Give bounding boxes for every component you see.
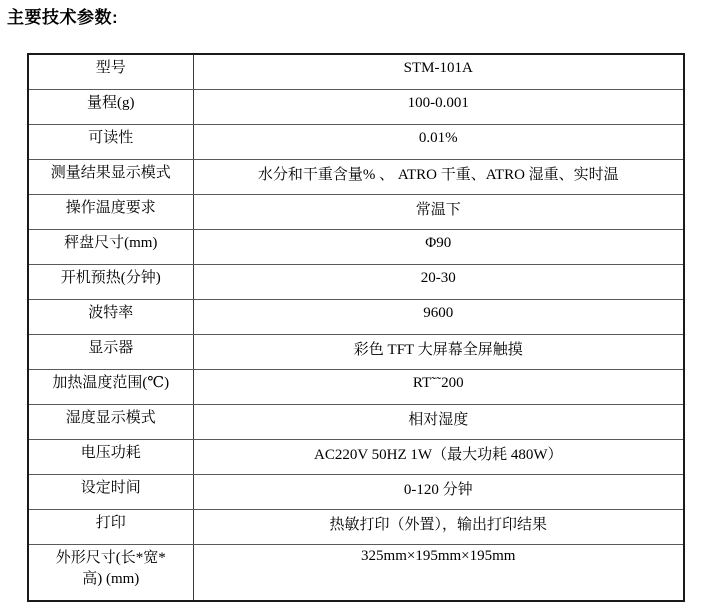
specs-table: 型号STM-101A量程(g)100-0.001可读性0.01%测量结果显示模式…	[27, 53, 685, 602]
spec-label: 湿度显示模式	[28, 404, 193, 439]
spec-label: 外形尺寸(长*宽* 高) (mm)	[28, 544, 193, 601]
spec-label: 量程(g)	[28, 89, 193, 124]
spec-label: 加热温度范围(℃)	[28, 369, 193, 404]
spec-label: 电压功耗	[28, 439, 193, 474]
spec-value: Φ90	[193, 229, 684, 264]
table-row: 测量结果显示模式水分和干重含量% 、 ATRO 干重、ATRO 湿重、实时温	[28, 159, 684, 194]
spec-label: 开机预热(分钟)	[28, 264, 193, 299]
spec-label: 打印	[28, 509, 193, 544]
table-row: 电压功耗AC220V 50HZ 1W（最大功耗 480W）	[28, 439, 684, 474]
table-row: 设定时间0-120 分钟	[28, 474, 684, 509]
spec-value: 彩色 TFT 大屏幕全屏触摸	[193, 334, 684, 369]
spec-label: 设定时间	[28, 474, 193, 509]
table-row: 加热温度范围(℃)RT˜˜200	[28, 369, 684, 404]
spec-value: 0.01%	[193, 124, 684, 159]
spec-label: 可读性	[28, 124, 193, 159]
table-row: 外形尺寸(长*宽* 高) (mm)325mm×195mm×195mm	[28, 544, 684, 601]
spec-label: 操作温度要求	[28, 194, 193, 229]
spec-value: STM-101A	[193, 54, 684, 89]
spec-value: 20-30	[193, 264, 684, 299]
spec-value: 9600	[193, 299, 684, 334]
spec-value: 热敏打印（外置），输出打印结果	[193, 509, 684, 544]
table-row: 打印热敏打印（外置），输出打印结果	[28, 509, 684, 544]
spec-value: 相对湿度	[193, 404, 684, 439]
spec-value: AC220V 50HZ 1W（最大功耗 480W）	[193, 439, 684, 474]
page-title: 主要技术参数:	[7, 3, 118, 28]
table-row: 显示器彩色 TFT 大屏幕全屏触摸	[28, 334, 684, 369]
table-row: 量程(g)100-0.001	[28, 89, 684, 124]
table-row: 湿度显示模式相对湿度	[28, 404, 684, 439]
spec-label: 型号	[28, 54, 193, 89]
table-row: 型号STM-101A	[28, 54, 684, 89]
spec-value: 常温下	[193, 194, 684, 229]
table-row: 波特率9600	[28, 299, 684, 334]
table-row: 操作温度要求常温下	[28, 194, 684, 229]
spec-value: RT˜˜200	[193, 369, 684, 404]
spec-value: 水分和干重含量% 、 ATRO 干重、ATRO 湿重、实时温	[193, 159, 684, 194]
spec-label: 秤盘尺寸(mm)	[28, 229, 193, 264]
spec-label: 波特率	[28, 299, 193, 334]
table-row: 可读性0.01%	[28, 124, 684, 159]
spec-value: 325mm×195mm×195mm	[193, 544, 684, 601]
spec-value: 100-0.001	[193, 89, 684, 124]
table-row: 开机预热(分钟)20-30	[28, 264, 684, 299]
spec-label: 显示器	[28, 334, 193, 369]
spec-label: 测量结果显示模式	[28, 159, 193, 194]
spec-value: 0-120 分钟	[193, 474, 684, 509]
table-row: 秤盘尺寸(mm)Φ90	[28, 229, 684, 264]
